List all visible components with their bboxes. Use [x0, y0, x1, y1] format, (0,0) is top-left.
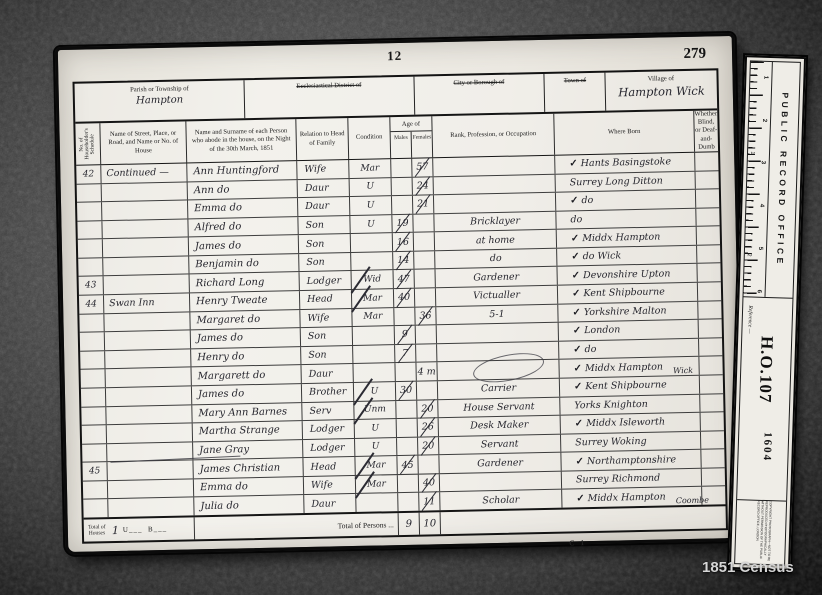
header-field-ecclesiastical: Ecclesiastical District of [244, 77, 414, 119]
person-name: Emma do [193, 477, 303, 497]
col-header-occupation: Rank, Profession, or Occupation [431, 114, 554, 158]
age-male: 45 [396, 456, 417, 474]
street-name [105, 368, 191, 387]
occupation: at home [434, 230, 556, 250]
age-female: 40 [418, 474, 439, 492]
relation-to-head: Son [300, 346, 352, 365]
age-female [415, 344, 436, 362]
blind-deaf-cell [700, 431, 724, 449]
header-field-town: Town of [543, 73, 606, 112]
occupation: Desk Maker [438, 416, 560, 436]
person-name: Benjamin do [188, 254, 298, 274]
age-male [390, 159, 411, 177]
relation-to-head: Wife [296, 160, 348, 179]
street-name [103, 275, 189, 294]
age-female: 57 [411, 158, 432, 176]
birthplace: ✓Middx HamptonCoombe [561, 487, 701, 508]
age-female [412, 214, 433, 232]
occupation: do [434, 249, 556, 269]
schedule-number [82, 444, 106, 462]
relation-to-head: Daur [297, 179, 349, 198]
street-name: Swan Inn [103, 293, 189, 312]
relation-to-head: Wife [299, 309, 351, 328]
condition: U [354, 438, 396, 456]
check-mark: ✓ [570, 196, 579, 207]
col-header-age-females: Females [411, 131, 432, 157]
age-male: 7 [394, 344, 415, 362]
relation-to-head: Daur [297, 197, 349, 216]
relation-to-head: Son [298, 253, 350, 272]
age-female: 24 [412, 177, 433, 195]
check-mark: ✓ [571, 251, 580, 262]
blind-deaf-cell [701, 468, 725, 486]
census-page-scan: 12 279 Parish or Township of Hampton Ecc… [55, 33, 745, 555]
schedule-number: 45 [82, 462, 106, 480]
person-name: Ann do [187, 180, 297, 200]
age-female [415, 325, 436, 343]
town-label: Town of [546, 76, 604, 85]
age-female [417, 455, 438, 473]
age-male [395, 400, 416, 418]
occupation: 5-1 [435, 304, 557, 324]
image-caption: 1851 Census [702, 559, 794, 576]
condition: Mar [354, 456, 396, 474]
blind-deaf-cell [696, 227, 720, 245]
birthplace: ✓London [558, 320, 698, 341]
person-name: Ann Huntingford [186, 161, 296, 181]
relation-to-head: Brother [301, 383, 353, 402]
birthplace: Surrey Woking [560, 431, 700, 452]
blind-deaf-cell [697, 282, 721, 300]
schedule-number: 44 [79, 295, 103, 313]
blind-deaf-cell [695, 189, 719, 207]
condition: Unm [353, 401, 395, 419]
age-female: 4 m [415, 363, 436, 381]
relation-to-head: Wife [303, 476, 355, 495]
birthplace: ✓Middx Hampton [556, 227, 696, 248]
blind-deaf-cell [698, 319, 722, 337]
person-name: Margaret do [189, 310, 299, 330]
schedule-number [82, 425, 106, 443]
age-male: 19 [391, 214, 412, 232]
schedule-number [81, 407, 105, 425]
person-name: Richard Long [189, 273, 299, 293]
street-name [106, 423, 192, 442]
check-mark: ✓ [575, 456, 584, 467]
blind-deaf-cell [696, 245, 720, 263]
copyright-notice: COPYRIGHT PHOTOGRAPH—NOT TO BE REPRODUCE… [749, 500, 773, 564]
person-name: Margarett do [190, 365, 300, 385]
check-mark: ✓ [571, 233, 580, 244]
schedule-number [78, 258, 102, 276]
check-mark: ✓ [574, 381, 583, 392]
age-female: 11 [418, 493, 439, 511]
reference-number: H.O.107 [755, 336, 777, 404]
folio-number: 279 [683, 46, 706, 63]
occupation [439, 472, 561, 492]
schedule-number [81, 370, 105, 388]
birthplace: Surrey Richmond [561, 469, 701, 490]
condition [350, 252, 392, 270]
birthplace: ✓Devonshire Upton [556, 264, 696, 285]
pro-reference-strip: 123456 12 PUBLIC RECORD OFFICE Reference… [729, 55, 806, 571]
birthplace: ✓Yorkshire Malton [557, 301, 697, 322]
street-name [107, 479, 193, 498]
birthplace: ✓do [555, 190, 695, 211]
blind-deaf-cell [698, 357, 722, 375]
copyright-section: COPYRIGHT PHOTOGRAPH—NOT TO BE REPRODUCE… [735, 499, 786, 565]
age-female: 26 [417, 418, 438, 436]
blind-deaf-cell [701, 487, 725, 505]
age-male [396, 419, 417, 437]
person-name: Emma do [187, 198, 297, 218]
age-male [397, 493, 418, 511]
reference-section: Reference — H.O.107 1604 [737, 297, 792, 500]
condition [355, 494, 397, 512]
person-name: Henry Tweate [189, 291, 299, 311]
relation-to-head: Daur [300, 364, 352, 383]
condition: U [349, 196, 391, 214]
condition [352, 326, 394, 344]
street-name [105, 386, 191, 405]
schedule-number [77, 202, 101, 220]
birthplace: Yorks Knighton [559, 394, 699, 415]
birthplace: do [555, 209, 695, 230]
blind-deaf-cell [699, 394, 723, 412]
schedule-number [79, 314, 103, 332]
blind-deaf-cell [694, 171, 718, 189]
street-name [106, 461, 192, 480]
total-houses-label: Total of Houses [86, 524, 108, 537]
condition [352, 363, 394, 381]
person-name: James do [191, 384, 301, 404]
col-header-condition: Condition [347, 117, 390, 159]
condition: U [349, 215, 391, 233]
occupation: Servant [438, 434, 560, 454]
person-name: Julia do [193, 495, 303, 515]
condition: Mar [351, 308, 393, 326]
ecclesiastical-label: Ecclesiastical District of [249, 80, 409, 91]
header-field-parish: Parish or Township of Hampton [75, 80, 245, 122]
occupation: Gardener [434, 267, 556, 287]
col-header-name: Name and Surname of each Person who abod… [185, 119, 296, 162]
street-name [102, 256, 188, 275]
total-houses-value: 1 [112, 523, 119, 536]
age-male: 16 [392, 233, 413, 251]
col-header-blind-deaf: Whether Blind, or Deaf-and-Dumb [693, 110, 718, 151]
age-female: 21 [412, 195, 433, 213]
age-female [414, 270, 435, 288]
total-persons-males: 9 [398, 513, 419, 535]
check-mark: ✓ [576, 493, 585, 504]
col-header-age-group: Age of Males Females [389, 116, 432, 158]
col-header-relation: Relation to Head of Family [295, 118, 348, 160]
age-female [416, 381, 437, 399]
person-name: Alfred do [187, 217, 297, 237]
person-name: James Christian [192, 458, 302, 478]
condition: Mar [351, 289, 393, 307]
birthplace: ✓Northamptonshire [560, 450, 700, 471]
blind-deaf-cell [700, 449, 724, 467]
header-field-village: Village of Hampton Wick [605, 70, 717, 110]
person-name: Henry do [190, 347, 300, 367]
birthplace: Surrey Long Ditton [555, 171, 695, 192]
condition: U [349, 178, 391, 196]
totals-empty-cell [440, 506, 726, 534]
relation-to-head: Son [297, 216, 349, 235]
age-male: 47 [393, 270, 414, 288]
total-persons-label: Total of Persons ... [338, 520, 394, 530]
condition: U [353, 382, 395, 400]
street-name [104, 331, 190, 350]
census-rows: 42 Continued — Ann Huntingford Wife Mar … [76, 152, 725, 517]
check-mark: ✓ [572, 307, 581, 318]
schedule-number [77, 221, 101, 239]
relation-to-head: Son [300, 327, 352, 346]
blind-deaf-cell [696, 264, 720, 282]
piece-number: 1604 [761, 432, 774, 462]
street-name [102, 238, 188, 257]
birthplace: ✓do Wick [556, 246, 696, 267]
person-name: James do [188, 235, 298, 255]
check-mark: ✓ [572, 270, 581, 281]
birthplace: ✓Hants Basingstoke [554, 153, 694, 174]
occupation: Gardener [438, 453, 560, 473]
person-name: Mary Ann Barnes [191, 403, 301, 423]
blind-deaf-cell [697, 301, 721, 319]
schedule-number [83, 500, 107, 518]
reference-label: Reference — [746, 305, 753, 333]
check-mark: ✓ [573, 326, 582, 337]
col-header-age-males: Males [391, 132, 412, 158]
relation-to-head: Head [299, 290, 351, 309]
occupation: Bricklayer [433, 211, 555, 231]
age-female: 20 [417, 437, 438, 455]
check-mark: ✓ [573, 363, 582, 374]
age-male [393, 307, 414, 325]
street-name [107, 498, 193, 517]
condition: U [354, 419, 396, 437]
occupation [433, 174, 555, 194]
check-mark: ✓ [569, 159, 578, 170]
occupation: House Servant [437, 397, 559, 417]
schedule-number [83, 481, 107, 499]
ruler-inch-numbers: 12 [746, 151, 755, 256]
occupation [433, 193, 555, 213]
relation-to-head: Lodger [302, 439, 354, 458]
birthplace: ✓Middx Isleworth [560, 413, 700, 434]
birthplace: ✓Kent Shipbourne [559, 376, 699, 397]
age-male: 40 [393, 289, 414, 307]
blind-deaf-cell [699, 375, 723, 393]
ruler-cm-numbers: 123456 [756, 76, 769, 293]
birthplace: ✓do [558, 339, 698, 360]
age-male: 30 [395, 382, 416, 400]
schedule-number [80, 332, 104, 350]
occupation: Scholar [439, 490, 561, 510]
col-header-street: Name of Street, Place, or Road, and Name… [99, 121, 186, 164]
parish-value: Hampton [75, 93, 245, 108]
schedule-number: 43 [79, 277, 103, 295]
ruler-section: 123456 12 PUBLIC RECORD OFFICE [743, 61, 799, 298]
age-male [394, 363, 415, 381]
person-name: James do [190, 328, 300, 348]
col-header-where-born: Where Born [553, 111, 694, 155]
street-name [104, 349, 190, 368]
age-female [413, 233, 434, 251]
occupation [436, 323, 558, 343]
street-name [103, 312, 189, 331]
relation-to-head: Lodger [299, 272, 351, 291]
street-name [105, 405, 191, 424]
city-borough-label: City or Borough of [418, 77, 540, 87]
condition [352, 345, 394, 363]
person-name: Martha Strange [192, 421, 302, 441]
total-persons-females: 10 [419, 512, 440, 534]
total-houses-cell: Total of Houses 1 U___ B___ [84, 517, 194, 541]
village-label: Village of [609, 74, 714, 84]
relation-to-head: Son [298, 234, 350, 253]
relation-to-head: Serv [301, 402, 353, 421]
village-value: Hampton Wick [606, 83, 717, 99]
relation-to-head: Daur [303, 494, 355, 513]
printers-mark: C 1 [569, 538, 586, 547]
schedule-number [81, 388, 105, 406]
blind-deaf-cell [694, 152, 718, 170]
condition: Mar [348, 159, 390, 177]
header-field-city-borough: City or Borough of [413, 74, 543, 115]
condition: Wid [351, 271, 393, 289]
age-female: 36 [414, 307, 435, 325]
schedule-number [78, 240, 102, 258]
relation-to-head: Lodger [302, 420, 354, 439]
check-mark: ✓ [572, 289, 581, 300]
uninhabited-building-labels: U___ B___ [123, 525, 167, 534]
age-female: 20 [416, 400, 437, 418]
age-male [391, 196, 412, 214]
street-name [101, 182, 187, 201]
condition [350, 233, 392, 251]
age-group-label: Age of [390, 116, 431, 131]
age-male: 9 [394, 326, 415, 344]
age-female [413, 251, 434, 269]
age-male [391, 177, 412, 195]
street-name [101, 219, 187, 238]
check-mark: ✓ [573, 344, 582, 355]
blind-deaf-cell [700, 412, 724, 430]
street-name: Continued — [100, 163, 186, 182]
birthplace: ✓Kent Shipbourne [557, 283, 697, 304]
age-male [397, 474, 418, 492]
census-table: Parish or Township of Hampton Ecclesiast… [72, 68, 728, 543]
street-name [101, 201, 187, 220]
blind-deaf-cell [698, 338, 722, 356]
schedule-number [80, 351, 104, 369]
birthplace: ✓Middx HamptonWick [558, 357, 698, 378]
check-mark: ✓ [575, 419, 584, 430]
page-number: 12 [387, 48, 402, 64]
col-header-schedule: No. of Householder's Schedule [75, 123, 100, 164]
schedule-number [77, 184, 101, 202]
age-male [396, 437, 417, 455]
age-male: 14 [392, 252, 413, 270]
relation-to-head: Head [302, 457, 354, 476]
schedule-number: 42 [76, 165, 100, 183]
occupation: Victualler [435, 286, 557, 306]
age-female [414, 288, 435, 306]
total-persons-cell: Total of Persons ... [194, 513, 398, 539]
blind-deaf-cell [695, 208, 719, 226]
occupation [432, 156, 554, 176]
condition: Mar [355, 475, 397, 493]
